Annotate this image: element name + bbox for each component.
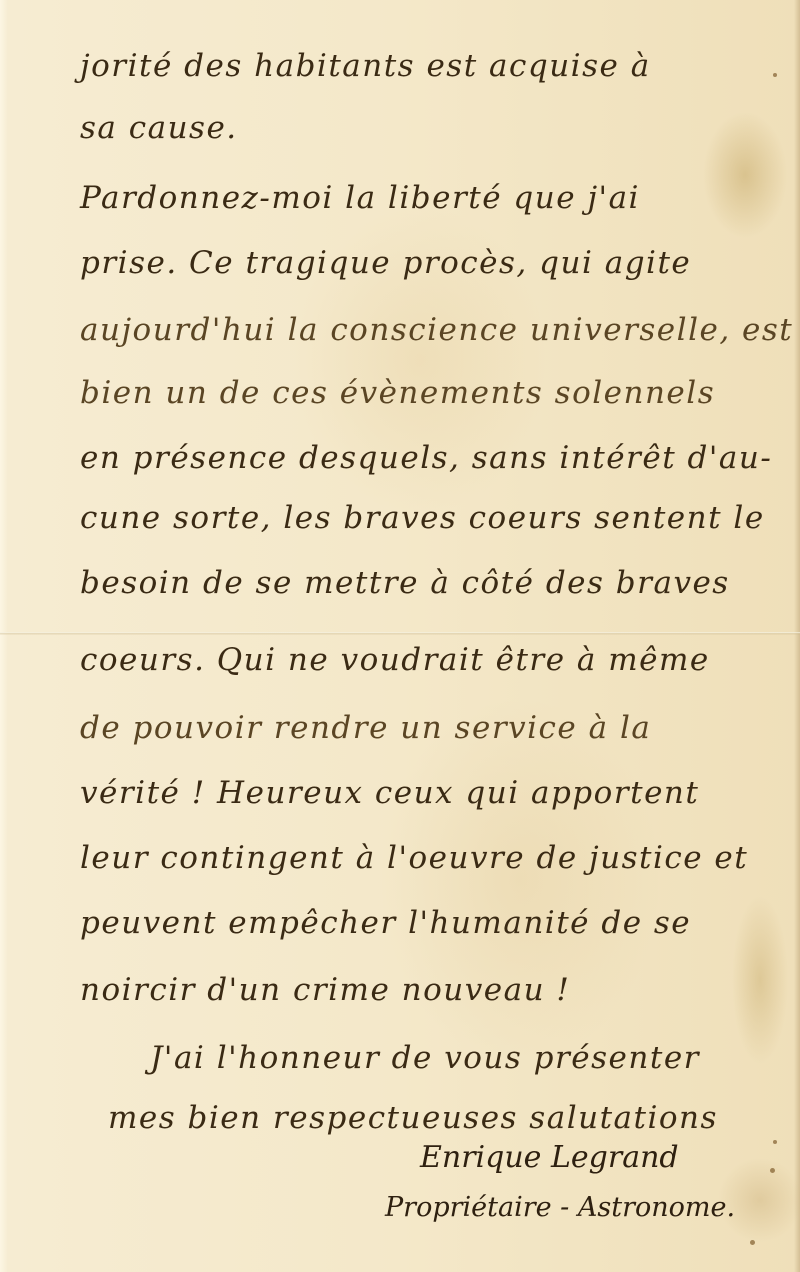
signature: Enrique Legrand xyxy=(420,1140,679,1175)
letter-line: bien un de ces évènements solennels xyxy=(80,375,715,411)
letter-line: de pouvoir rendre un service à la xyxy=(80,710,651,746)
letter-line: peuvent empêcher l'humanité de se xyxy=(80,905,691,941)
letter-page: jorité des habitants est acquise à sa ca… xyxy=(0,0,800,1272)
letter-line: besoin de se mettre à côté des braves xyxy=(80,565,730,601)
letter-line: cune sorte, les braves coeurs sentent le xyxy=(80,500,765,536)
letter-line: vérité ! Heureux ceux qui apportent xyxy=(80,775,699,811)
paper-edge-left xyxy=(0,0,8,1272)
letter-line: leur contingent à l'oeuvre de justice et xyxy=(80,840,748,876)
paper-fold-crease xyxy=(0,632,800,635)
foxing-spot xyxy=(750,1240,755,1245)
foxing-spot xyxy=(773,1140,777,1144)
letter-line: jorité des habitants est acquise à xyxy=(80,48,651,84)
closing-line: mes bien respectueuses salutations xyxy=(108,1100,718,1136)
letter-line: sa cause. xyxy=(80,110,238,146)
closing-line: J'ai l'honneur de vous présenter xyxy=(150,1040,700,1076)
letter-line: en présence desquels, sans intérêt d'au- xyxy=(80,440,772,476)
letter-line: aujourd'hui la conscience universelle, e… xyxy=(80,312,793,348)
paper-edge-right xyxy=(794,0,800,1272)
letter-line: noircir d'un crime nouveau ! xyxy=(80,972,570,1008)
foxing-spot xyxy=(770,1168,775,1173)
foxing-spot xyxy=(773,73,777,77)
letter-line: coeurs. Qui ne voudrait être à même xyxy=(80,642,710,678)
signatory-title: Propriétaire - Astronome. xyxy=(385,1192,735,1223)
letter-line: prise. Ce tragique procès, qui agite xyxy=(80,245,691,281)
letter-line: Pardonnez-moi la liberté que j'ai xyxy=(80,180,640,216)
